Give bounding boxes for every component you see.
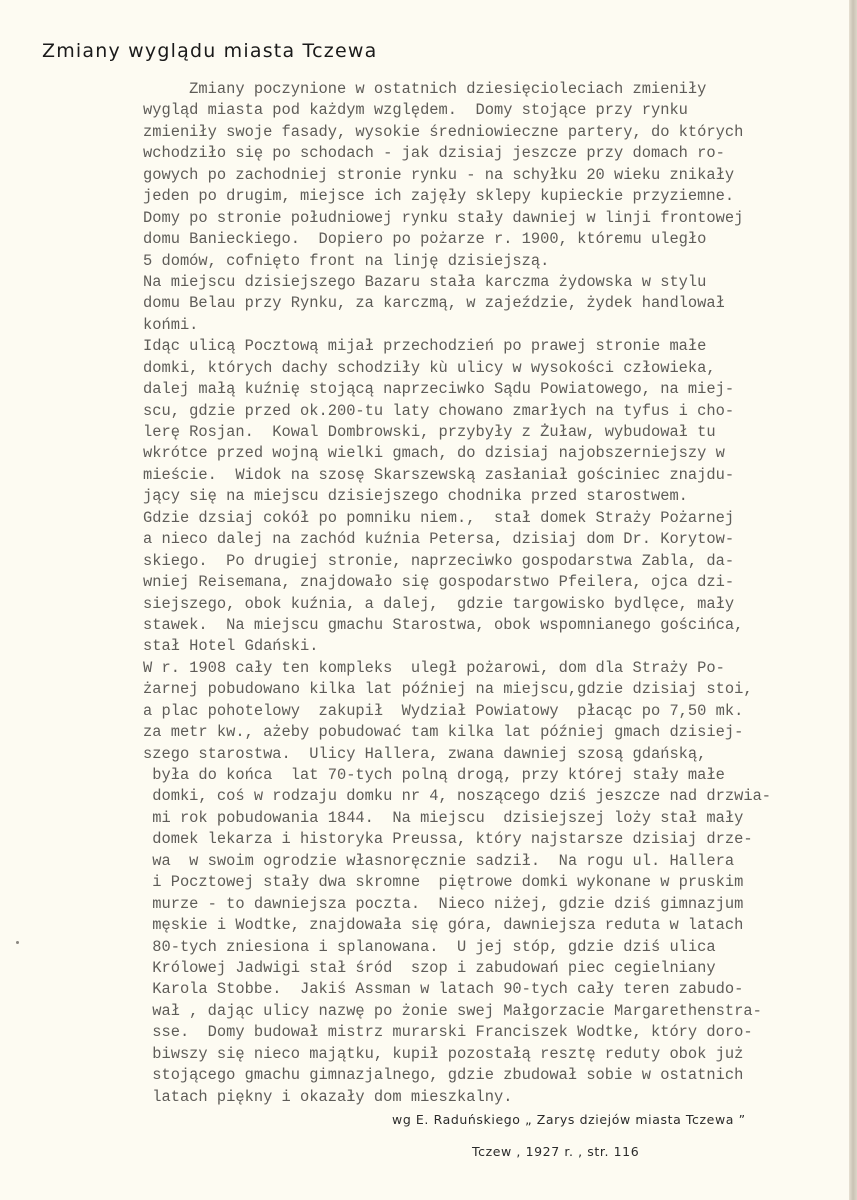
text-line: domu Banieckiego. Dopiero po pożarze r. … [143,229,855,250]
text-line: domki, których dachy schodziły kù ulicy … [143,358,855,379]
citation-publication: Tczew , 1927 r. , str. 116 [472,1144,639,1159]
text-line: skiego. Po drugiej stronie, naprzeciwko … [143,551,855,572]
text-line: a plac pohotelowy zakupił Wydział Powiat… [143,701,855,722]
text-line: Zmiany poczynione w ostatnich dziesięcio… [143,79,855,100]
text-line: męskie i Wodtke, znajdowała się góra, da… [143,915,855,936]
text-line: dalej małą kuźnię stojącą naprzeciwko Są… [143,379,855,400]
text-line: 5 domów, cofnięto front na linję dzisiej… [143,251,855,272]
text-line: siejszego, obok kuźnia, a dalej, gdzie t… [143,594,855,615]
text-line: wał , dając ulicy nazwę po żonie swej Ma… [143,1001,855,1022]
text-line: scu, gdzie przed ok.200-tu laty chowano … [143,401,855,422]
text-line: wchodziło się po schodach - jak dzisiaj … [143,143,855,164]
text-line: biwszy się nieco majątku, kupił pozostał… [143,1044,855,1065]
text-line: Karola Stobbe. Jakiś Assman w latach 90-… [143,979,855,1000]
text-line: Na miejscu dzisiejszego Bazaru stała kar… [143,272,855,293]
document-title: Zmiany wyglądu miasta Tczewa [42,40,377,62]
text-line: mieście. Widok na szosę Skarszewską zasł… [143,465,855,486]
text-line: W r. 1908 cały ten kompleks uległ pożaro… [143,658,855,679]
document-body: Zmiany poczynione w ostatnich dziesięcio… [143,79,855,1108]
text-line: Królowej Jadwigi stał śród szop i zabudo… [143,958,855,979]
text-line: za metr kw., ażeby pobudować tam kilka l… [143,722,855,743]
text-line: gowych po zachodniej stronie rynku - na … [143,165,855,186]
text-line: stał Hotel Gdański. [143,636,855,657]
text-line: murze - to dawniejsza poczta. Nieco niże… [143,894,855,915]
text-line: stawek. Na miejscu gmachu Starostwa, obo… [143,615,855,636]
text-line: żarnej pobudowano kilka lat później na m… [143,679,855,700]
text-line: jeden po drugim, miejsce ich zajęły skle… [143,186,855,207]
text-line: domki, coś w rodzaju domku nr 4, noszące… [143,786,855,807]
text-line: i Pocztowej stały dwa skromne piętrowe d… [143,872,855,893]
text-line: wkrótce przed wojną wielki gmach, do dzi… [143,443,855,464]
text-line: zmieniły swoje fasady, wysokie średniowi… [143,122,855,143]
text-line: Idąc ulicą Pocztową mijał przechodzień p… [143,336,855,357]
text-line: była do końca lat 70-tych polną drogą, p… [143,765,855,786]
text-line: a nieco dalej na zachód kuźnia Petersa, … [143,529,855,550]
text-line: lerę Rosjan. Kowal Dombrowski, przybyły … [143,422,855,443]
text-line: wa w swoim ogrodzie własnoręcznie sadził… [143,851,855,872]
text-line: mi rok pobudowania 1844. Na miejscu dzis… [143,808,855,829]
text-line: domu Belau przy Rynku, za karczmą, w zaj… [143,293,855,314]
text-line: końmi. [143,315,855,336]
text-line: 80-tych zniesiona i splanowana. U jej st… [143,937,855,958]
text-line: szego starostwa. Ulicy Hallera, zwana da… [143,744,855,765]
text-line: Gdzie dzsiaj cokół po pomniku niem., sta… [143,508,855,529]
text-line: jący się na miejscu dzisiejszego chodnik… [143,486,855,507]
text-line: sse. Domy budował mistrz murarski Franci… [143,1022,855,1043]
text-line: stojącego gmachu gimnazjalnego, gdzie zb… [143,1065,855,1086]
text-line: wniej Reisemana, znajdowało się gospodar… [143,572,855,593]
paper-speck [16,941,19,944]
text-line: latach piękny i okazały dom mieszkalny. [143,1087,855,1108]
text-line: domek lekarza i historyka Preussa, który… [143,829,855,850]
document-page: Zmiany wyglądu miasta Tczewa Zmiany pocz… [0,0,857,1200]
text-line: Domy po stronie południowej rynku stały … [143,208,855,229]
text-line: wygląd miasta pod każdym względem. Domy … [143,100,855,121]
citation-source: wg E. Raduńskiego „ Zarys dziejów miasta… [392,1112,746,1127]
